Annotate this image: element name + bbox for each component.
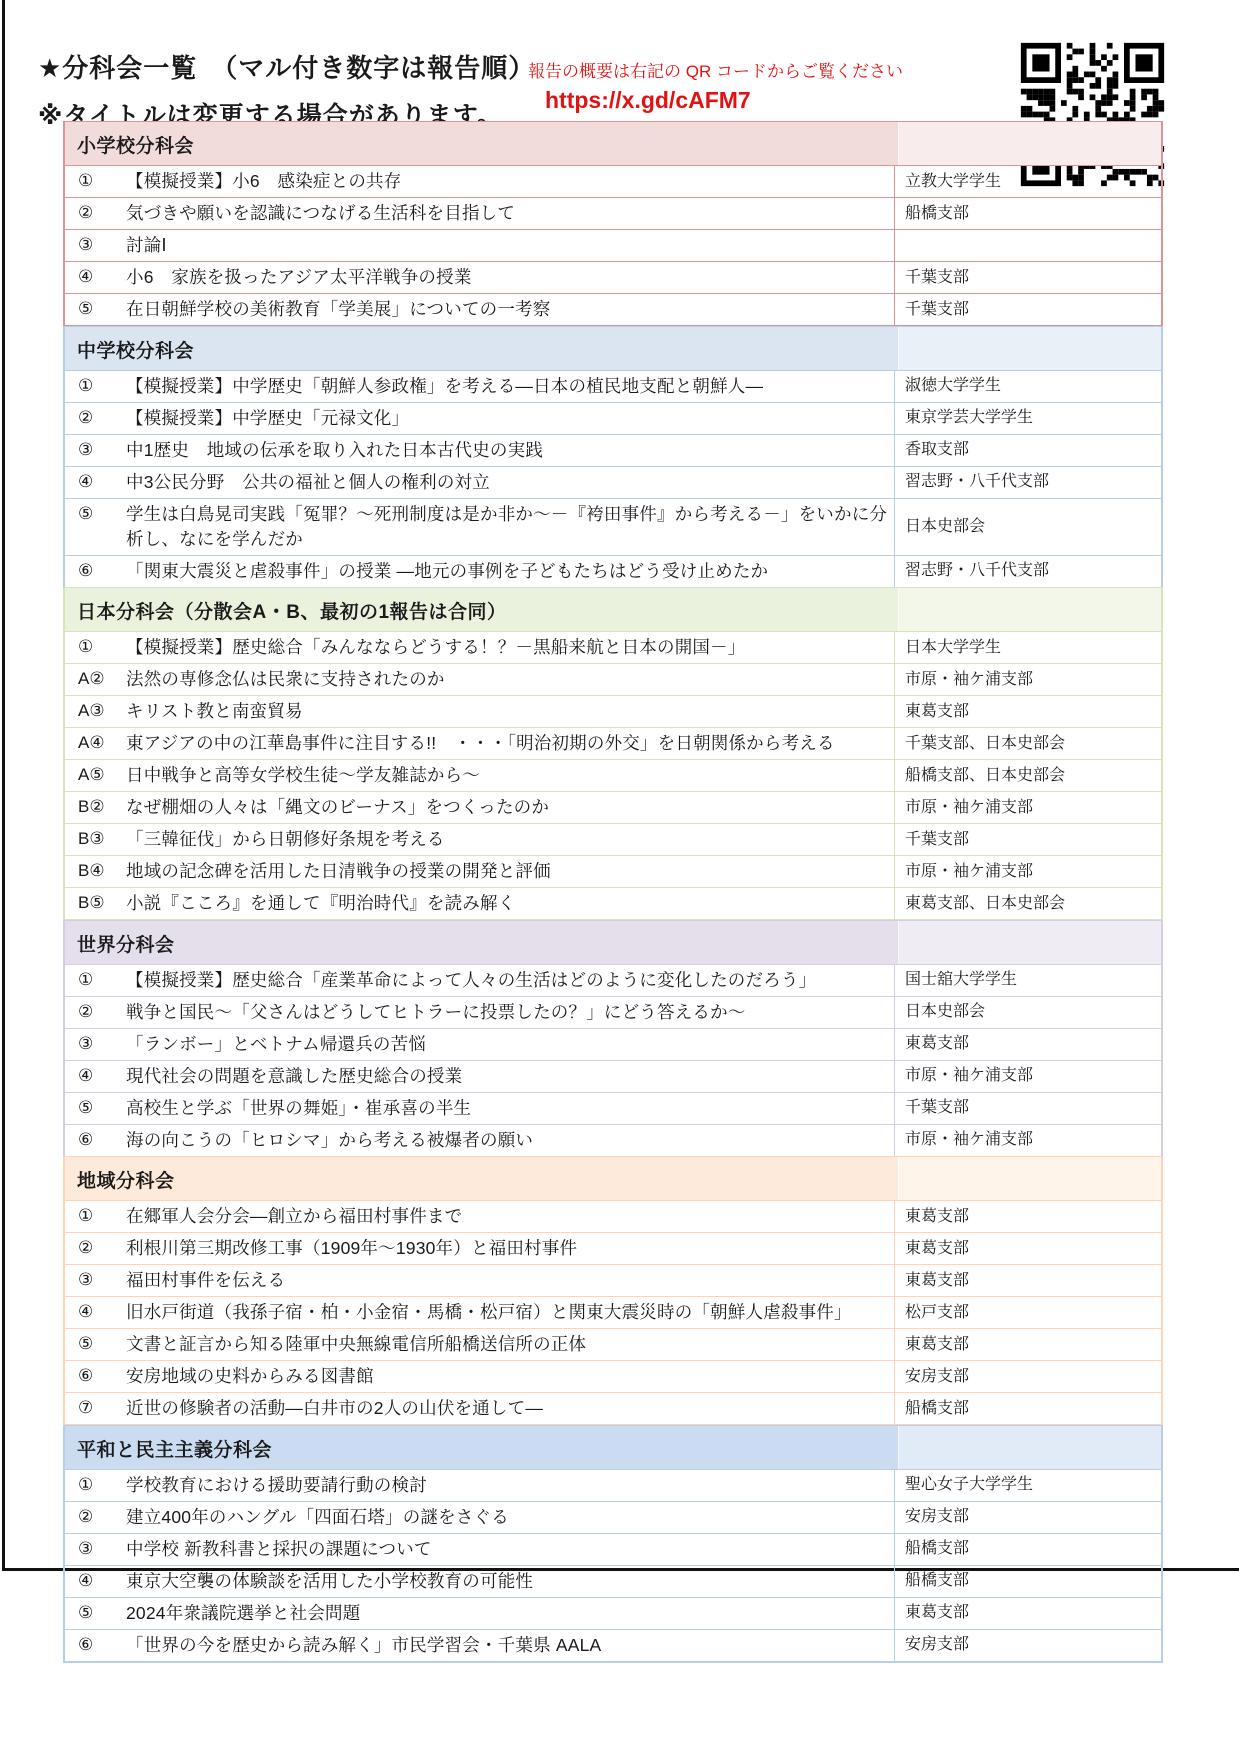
report-order-number: ④ bbox=[65, 262, 124, 293]
session-row: ③中1歴史 地域の伝承を取り入れた日本古代史の実践香取支部 bbox=[65, 434, 1161, 466]
section-header-right-cell bbox=[898, 327, 1161, 370]
affiliation: 市原・袖ケ浦支部 bbox=[894, 664, 1161, 695]
session-row: A②法然の専修念仏は民衆に支持されたのか市原・袖ケ浦支部 bbox=[65, 663, 1161, 695]
session-title: 中学校 新教科書と採択の課題について bbox=[124, 1534, 894, 1565]
report-order-number: A⑤ bbox=[65, 760, 124, 791]
session-row: ⑤高校生と学ぶ「世界の舞姫」・崔承喜の半生千葉支部 bbox=[65, 1092, 1161, 1124]
affiliation: 千葉支部 bbox=[894, 1093, 1161, 1124]
report-order-number: ⑤ bbox=[65, 1093, 124, 1124]
affiliation: 東葛支部 bbox=[894, 1233, 1161, 1264]
session-title: 学生は白鳥晃司実践「冤罪？～死刑制度は是か非か～－『袴田事件』から考える－」をい… bbox=[124, 499, 894, 555]
document-header: ★分科会一覧 （マル付き数字は報告順） ※タイトルは変更する場合があります。 bbox=[38, 48, 535, 132]
report-order-number: ② bbox=[65, 1233, 124, 1264]
session-title: 中3公民分野 公共の福祉と個人の権利の対立 bbox=[124, 467, 894, 498]
session-row: ④旧水戸街道（我孫子宿・柏・小金宿・馬橋・松戸宿）と関東大震災時の「朝鮮人虐殺事… bbox=[65, 1296, 1161, 1328]
affiliation: 安房支部 bbox=[894, 1502, 1161, 1533]
affiliation: 船橋支部 bbox=[894, 1393, 1161, 1424]
session-title: 在郷軍人会分会―創立から福田村事件まで bbox=[124, 1201, 894, 1232]
session-row: B④地域の記念碑を活用した日清戦争の授業の開発と評価市原・袖ケ浦支部 bbox=[65, 855, 1161, 887]
session-title: 建立400年のハングル「四面石塔」の謎をさぐる bbox=[124, 1502, 894, 1533]
report-order-number: ⑤ bbox=[65, 294, 124, 325]
session-row: ②利根川第三期改修工事（1909年～1930年）と福田村事件東葛支部 bbox=[65, 1232, 1161, 1264]
session-title: 中1歴史 地域の伝承を取り入れた日本古代史の実践 bbox=[124, 435, 894, 466]
affiliation: 松戸支部 bbox=[894, 1297, 1161, 1328]
affiliation: 東葛支部 bbox=[894, 1265, 1161, 1296]
session-row: ①【模擬授業】小6 感染症との共存立教大学学生 bbox=[65, 165, 1161, 197]
report-order-number: ③ bbox=[65, 230, 124, 261]
session-row: ②建立400年のハングル「四面石塔」の謎をさぐる安房支部 bbox=[65, 1501, 1161, 1533]
report-order-number: ④ bbox=[65, 467, 124, 498]
session-title: 日中戦争と高等女学校生徒～学友雑誌から～ bbox=[124, 760, 894, 791]
session-title: 戦争と国民～「父さんはどうしてヒトラーに投票したの？」にどう答えるか～ bbox=[124, 997, 894, 1028]
session-title: なぜ棚畑の人々は「縄文のビーナス」をつくったのか bbox=[124, 792, 894, 823]
report-order-number: ② bbox=[65, 997, 124, 1028]
session-row: ③福田村事件を伝える東葛支部 bbox=[65, 1264, 1161, 1296]
report-order-number: ⑤ bbox=[65, 1598, 124, 1629]
session-title: 現代社会の問題を意識した歴史総合の授業 bbox=[124, 1061, 894, 1092]
affiliation: 市原・袖ケ浦支部 bbox=[894, 1061, 1161, 1092]
session-title: 【模擬授業】中学歴史「元禄文化」 bbox=[124, 403, 894, 434]
affiliation: 立教大学学生 bbox=[894, 166, 1161, 197]
session-row: A④東アジアの中の江華島事件に注目する!! ・・・「明治初期の外交」を日朝関係か… bbox=[65, 727, 1161, 759]
session-row: ②【模擬授業】中学歴史「元禄文化」東京学芸大学学生 bbox=[65, 402, 1161, 434]
section-header-right-cell bbox=[898, 588, 1161, 631]
report-order-number: ③ bbox=[65, 1534, 124, 1565]
report-order-number: ③ bbox=[65, 435, 124, 466]
report-order-number: ④ bbox=[65, 1566, 124, 1597]
affiliation: 千葉支部、日本史部会 bbox=[894, 728, 1161, 759]
sessions-table: 小学校分科会①【模擬授業】小6 感染症との共存立教大学学生②気づきや願いを認識に… bbox=[63, 121, 1163, 1663]
qr-url-text: https://x.gd/cAFM7 bbox=[545, 87, 751, 114]
session-title: 討論Ⅰ bbox=[124, 230, 894, 261]
session-title: 文書と証言から知る陸軍中央無線電信所船橋送信所の正体 bbox=[124, 1329, 894, 1360]
affiliation: 船橋支部 bbox=[894, 198, 1161, 229]
affiliation: 東葛支部 bbox=[894, 1329, 1161, 1360]
affiliation: 東葛支部 bbox=[894, 1029, 1161, 1060]
session-row: ①【模擬授業】中学歴史「朝鮮人参政権」を考える―日本の植民地支配と朝鮮人―淑徳大… bbox=[65, 370, 1161, 402]
session-row: ①在郷軍人会分会―創立から福田村事件まで東葛支部 bbox=[65, 1200, 1161, 1232]
affiliation: 千葉支部 bbox=[894, 824, 1161, 855]
section-header: 中学校分科会 bbox=[65, 327, 1161, 370]
session-row: ④中3公民分野 公共の福祉と個人の権利の対立習志野・八千代支部 bbox=[65, 466, 1161, 498]
affiliation: 国士舘大学学生 bbox=[894, 965, 1161, 996]
session-row: ③討論Ⅰ bbox=[65, 229, 1161, 261]
affiliation: 淑徳大学学生 bbox=[894, 371, 1161, 402]
report-order-number: B③ bbox=[65, 824, 124, 855]
session-title: 気づきや願いを認識につなげる生活科を目指して bbox=[124, 198, 894, 229]
section-header: 地域分科会 bbox=[65, 1157, 1161, 1200]
affiliation: 東葛支部 bbox=[894, 1201, 1161, 1232]
section-title: 平和と民主主義分科会 bbox=[65, 1426, 898, 1469]
affiliation: 市原・袖ケ浦支部 bbox=[894, 792, 1161, 823]
affiliation: 日本大学学生 bbox=[894, 632, 1161, 663]
session-row: ②戦争と国民～「父さんはどうしてヒトラーに投票したの？」にどう答えるか～日本史部… bbox=[65, 996, 1161, 1028]
section-block-1: 小学校分科会①【模擬授業】小6 感染症との共存立教大学学生②気づきや願いを認識に… bbox=[63, 121, 1163, 327]
session-title: 旧水戸街道（我孫子宿・柏・小金宿・馬橋・松戸宿）と関東大震災時の「朝鮮人虐殺事件… bbox=[124, 1297, 894, 1328]
session-title: 【模擬授業】小6 感染症との共存 bbox=[124, 166, 894, 197]
affiliation: 聖心女子大学学生 bbox=[894, 1470, 1161, 1501]
session-title: 【模擬授業】中学歴史「朝鮮人参政権」を考える―日本の植民地支配と朝鮮人― bbox=[124, 371, 894, 402]
session-row: B⑤小説『こころ』を通して『明治時代』を読み解く東葛支部、日本史部会 bbox=[65, 887, 1161, 919]
session-row: A⑤日中戦争と高等女学校生徒～学友雑誌から～船橋支部、日本史部会 bbox=[65, 759, 1161, 791]
session-title: 小説『こころ』を通して『明治時代』を読み解く bbox=[124, 888, 894, 919]
section-header: 小学校分科会 bbox=[65, 122, 1161, 165]
section-block-3: 日本分科会（分散会A・B、最初の1報告は合同）①【模擬授業】歴史総合「みんななら… bbox=[63, 587, 1163, 921]
affiliation: 日本史部会 bbox=[894, 997, 1161, 1028]
session-row: ①【模擬授業】歴史総合「産業革命によって人々の生活はどのように変化したのだろう」… bbox=[65, 964, 1161, 996]
session-row: ⑥安房地域の史料からみる図書館安房支部 bbox=[65, 1360, 1161, 1392]
section-header: 世界分科会 bbox=[65, 921, 1161, 964]
report-order-number: A③ bbox=[65, 696, 124, 727]
section-header-right-cell bbox=[898, 1157, 1161, 1200]
affiliation: 日本史部会 bbox=[894, 499, 1161, 555]
section-header-right-cell bbox=[898, 122, 1161, 165]
session-row: ⑤2024年衆議院選挙と社会問題東葛支部 bbox=[65, 1597, 1161, 1629]
session-title: 地域の記念碑を活用した日清戦争の授業の開発と評価 bbox=[124, 856, 894, 887]
report-order-number: ① bbox=[65, 166, 124, 197]
affiliation: 船橋支部、日本史部会 bbox=[894, 760, 1161, 791]
section-title: 日本分科会（分散会A・B、最初の1報告は合同） bbox=[65, 588, 898, 631]
session-row: ⑤文書と証言から知る陸軍中央無線電信所船橋送信所の正体東葛支部 bbox=[65, 1328, 1161, 1360]
affiliation: 東葛支部、日本史部会 bbox=[894, 888, 1161, 919]
session-row: ⑥「世界の今を歴史から読み解く」市民学習会・千葉県 AALA安房支部 bbox=[65, 1629, 1161, 1661]
section-title: 世界分科会 bbox=[65, 921, 898, 964]
affiliation: 市原・袖ケ浦支部 bbox=[894, 1125, 1161, 1156]
report-order-number: ⑤ bbox=[65, 1329, 124, 1360]
report-order-number: B⑤ bbox=[65, 888, 124, 919]
qr-note-text: 報告の概要は右記の QR コードからご覧ください bbox=[528, 57, 903, 82]
section-header-right-cell bbox=[898, 921, 1161, 964]
session-title: キリスト教と南蛮貿易 bbox=[124, 696, 894, 727]
affiliation: 東葛支部 bbox=[894, 1598, 1161, 1629]
session-row: ②気づきや願いを認識につなげる生活科を目指して船橋支部 bbox=[65, 197, 1161, 229]
report-order-number: A④ bbox=[65, 728, 124, 759]
session-row: ③中学校 新教科書と採択の課題について船橋支部 bbox=[65, 1533, 1161, 1565]
session-title: 在日朝鮮学校の美術教育「学美展」についての一考察 bbox=[124, 294, 894, 325]
report-order-number: ④ bbox=[65, 1061, 124, 1092]
session-title: 近世の修験者の活動―白井市の2人の山伏を通して― bbox=[124, 1393, 894, 1424]
report-order-number: ⑥ bbox=[65, 1630, 124, 1661]
section-header-right-cell bbox=[898, 1426, 1161, 1469]
session-row: B②なぜ棚畑の人々は「縄文のビーナス」をつくったのか市原・袖ケ浦支部 bbox=[65, 791, 1161, 823]
session-row: ⑥「関東大震災と虐殺事件」の授業 ―地元の事例を子どもたちはどう受け止めたか習志… bbox=[65, 555, 1161, 587]
page-title: ★分科会一覧 （マル付き数字は報告順） bbox=[38, 48, 535, 85]
affiliation: 船橋支部 bbox=[894, 1566, 1161, 1597]
session-row: ⑦近世の修験者の活動―白井市の2人の山伏を通して―船橋支部 bbox=[65, 1392, 1161, 1424]
section-title: 中学校分科会 bbox=[65, 327, 898, 370]
session-title: 2024年衆議院選挙と社会問題 bbox=[124, 1598, 894, 1629]
session-row: B③「三韓征伐」から日朝修好条規を考える千葉支部 bbox=[65, 823, 1161, 855]
affiliation: 安房支部 bbox=[894, 1361, 1161, 1392]
report-order-number: ① bbox=[65, 1470, 124, 1501]
report-order-number: B② bbox=[65, 792, 124, 823]
session-title: 安房地域の史料からみる図書館 bbox=[124, 1361, 894, 1392]
session-title: 利根川第三期改修工事（1909年～1930年）と福田村事件 bbox=[124, 1233, 894, 1264]
session-title: 高校生と学ぶ「世界の舞姫」・崔承喜の半生 bbox=[124, 1093, 894, 1124]
affiliation: 習志野・八千代支部 bbox=[894, 467, 1161, 498]
report-order-number: ⑦ bbox=[65, 1393, 124, 1424]
report-order-number: ④ bbox=[65, 1297, 124, 1328]
section-block-2: 中学校分科会①【模擬授業】中学歴史「朝鮮人参政権」を考える―日本の植民地支配と朝… bbox=[63, 326, 1163, 589]
affiliation bbox=[894, 230, 1161, 261]
session-title: 東アジアの中の江華島事件に注目する!! ・・・「明治初期の外交」を日朝関係から考… bbox=[124, 728, 894, 759]
report-order-number: ② bbox=[65, 403, 124, 434]
report-order-number: ① bbox=[65, 965, 124, 996]
session-title: 「関東大震災と虐殺事件」の授業 ―地元の事例を子どもたちはどう受け止めたか bbox=[124, 556, 894, 587]
section-block-5: 地域分科会①在郷軍人会分会―創立から福田村事件まで東葛支部②利根川第三期改修工事… bbox=[63, 1156, 1163, 1426]
session-title: 海の向こうの「ヒロシマ」から考える被爆者の願い bbox=[124, 1125, 894, 1156]
session-title: 東京大空襲の体験談を活用した小学校教育の可能性 bbox=[124, 1566, 894, 1597]
session-title: 福田村事件を伝える bbox=[124, 1265, 894, 1296]
report-order-number: ① bbox=[65, 1201, 124, 1232]
session-title: 法然の専修念仏は民衆に支持されたのか bbox=[124, 664, 894, 695]
report-order-number: ② bbox=[65, 1502, 124, 1533]
session-title: 【模擬授業】歴史総合「みんなならどうする！？－黒船来航と日本の開国－」 bbox=[124, 632, 894, 663]
session-title: 小6 家族を扱ったアジア太平洋戦争の授業 bbox=[124, 262, 894, 293]
affiliation: 船橋支部 bbox=[894, 1534, 1161, 1565]
affiliation: 千葉支部 bbox=[894, 262, 1161, 293]
affiliation: 安房支部 bbox=[894, 1630, 1161, 1661]
affiliation: 市原・袖ケ浦支部 bbox=[894, 856, 1161, 887]
session-title: 【模擬授業】歴史総合「産業革命によって人々の生活はどのように変化したのだろう」 bbox=[124, 965, 894, 996]
session-row: ⑤学生は白鳥晃司実践「冤罪？～死刑制度は是か非か～－『袴田事件』から考える－」を… bbox=[65, 498, 1161, 555]
session-row: ④小6 家族を扱ったアジア太平洋戦争の授業千葉支部 bbox=[65, 261, 1161, 293]
section-block-6: 平和と民主主義分科会①学校教育における援助要請行動の検討聖心女子大学学生②建立4… bbox=[63, 1425, 1163, 1663]
session-row: ⑥海の向こうの「ヒロシマ」から考える被爆者の願い市原・袖ケ浦支部 bbox=[65, 1124, 1161, 1156]
report-order-number: ② bbox=[65, 198, 124, 229]
section-block-4: 世界分科会①【模擬授業】歴史総合「産業革命によって人々の生活はどのように変化した… bbox=[63, 920, 1163, 1158]
session-row: ⑤在日朝鮮学校の美術教育「学美展」についての一考察千葉支部 bbox=[65, 293, 1161, 325]
affiliation: 習志野・八千代支部 bbox=[894, 556, 1161, 587]
session-row: ③「ランボー」とベトナム帰還兵の苦悩東葛支部 bbox=[65, 1028, 1161, 1060]
session-row: ①学校教育における援助要請行動の検討聖心女子大学学生 bbox=[65, 1469, 1161, 1501]
session-row: ④現代社会の問題を意識した歴史総合の授業市原・袖ケ浦支部 bbox=[65, 1060, 1161, 1092]
report-order-number: ⑤ bbox=[65, 499, 124, 555]
report-order-number: ③ bbox=[65, 1265, 124, 1296]
report-order-number: ⑥ bbox=[65, 556, 124, 587]
session-row: ④東京大空襲の体験談を活用した小学校教育の可能性船橋支部 bbox=[65, 1565, 1161, 1597]
affiliation: 千葉支部 bbox=[894, 294, 1161, 325]
affiliation: 香取支部 bbox=[894, 435, 1161, 466]
report-order-number: ① bbox=[65, 632, 124, 663]
session-row: A③キリスト教と南蛮貿易東葛支部 bbox=[65, 695, 1161, 727]
session-title: 「ランボー」とベトナム帰還兵の苦悩 bbox=[124, 1029, 894, 1060]
session-title: 学校教育における援助要請行動の検討 bbox=[124, 1470, 894, 1501]
affiliation: 東京学芸大学学生 bbox=[894, 403, 1161, 434]
section-header: 平和と民主主義分科会 bbox=[65, 1426, 1161, 1469]
section-title: 小学校分科会 bbox=[65, 122, 898, 165]
section-header: 日本分科会（分散会A・B、最初の1報告は合同） bbox=[65, 588, 1161, 631]
affiliation: 東葛支部 bbox=[894, 696, 1161, 727]
section-title: 地域分科会 bbox=[65, 1157, 898, 1200]
report-order-number: ① bbox=[65, 371, 124, 402]
report-order-number: A② bbox=[65, 664, 124, 695]
session-title: 「三韓征伐」から日朝修好条規を考える bbox=[124, 824, 894, 855]
report-order-number: B④ bbox=[65, 856, 124, 887]
session-row: ①【模擬授業】歴史総合「みんなならどうする！？－黒船来航と日本の開国－」日本大学… bbox=[65, 631, 1161, 663]
report-order-number: ③ bbox=[65, 1029, 124, 1060]
report-order-number: ⑥ bbox=[65, 1361, 124, 1392]
session-title: 「世界の今を歴史から読み解く」市民学習会・千葉県 AALA bbox=[124, 1630, 894, 1661]
report-order-number: ⑥ bbox=[65, 1125, 124, 1156]
